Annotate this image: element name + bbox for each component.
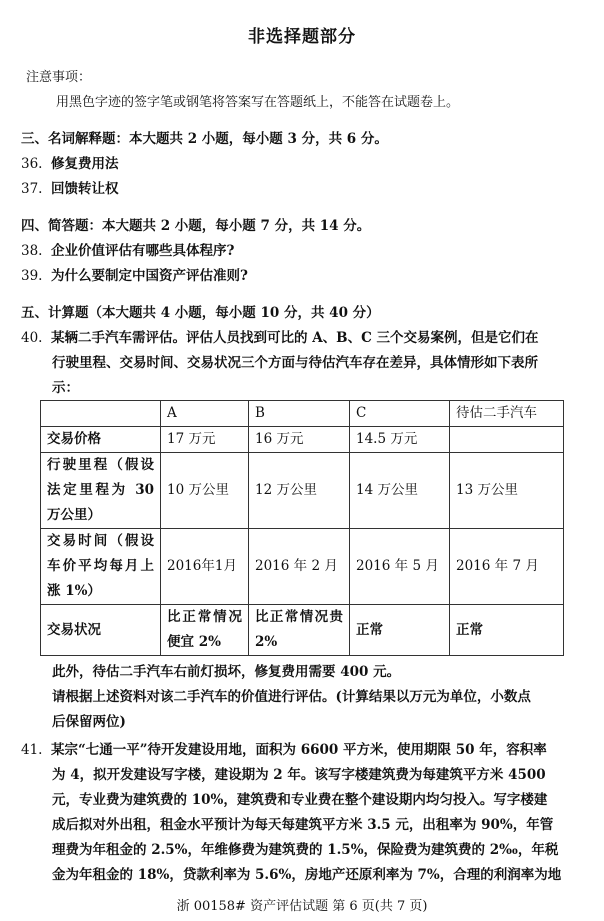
question-41-line-5: 理费为年租金的 2.5%，年维修费为建筑费的 1.5%，保险费为建筑费的 2‰，… [52,838,588,858]
table-cell: 正常 [350,605,450,656]
table-row: 行驶里程（假设法定里程为 30 万公里） 10 万公里 12 万公里 14 万公… [41,453,564,529]
question-40-line-1: 40.某辆二手汽车需评估。评估人员找到可比的 A、B、C 三个交易案例，但是它们… [21,326,539,346]
question-41-line-2: 为 4，拟开发建设写字楼，建设期为 2 年。该写字楼建筑费为每建筑平方米 450… [52,763,588,783]
table-cell: 正常 [450,605,564,656]
question-text: 回馈转让权 [51,181,119,197]
question-41-line-1: 41.某宗“七通一平”待开发建设用地，面积为 6600 平方米，使用期限 50 … [21,738,547,758]
table-header-cell: 待估二手汽车 [450,401,564,427]
question-40-after-line-2: 请根据上述资料对该二手汽车的价值进行评估。(计算结果以万元为单位，小数点 [52,685,588,705]
question-40-after-line-1: 此外，待估二手汽车右前灯损坏，修复费用需要 400 元。 [52,660,588,680]
question-37: 37.回馈转让权 [21,177,119,197]
section-heading-3: 三、名词解释题：本大题共 2 小题，每小题 3 分，共 6 分。 [21,127,388,147]
table-cell: 2016 年 7 月 [450,529,564,605]
table-header-cell: A [161,401,249,427]
notes-label: 注意事项： [26,66,91,85]
table-cell: 14.5 万元 [350,427,450,453]
question-40-after-line-3: 后保留两位) [52,710,588,730]
question-text: 为什么要制定中国资产评估准则? [51,268,248,284]
table-row: 交易状况 比正常情况便宜 2% 比正常情况贵 2% 正常 正常 [41,605,564,656]
section-heading-5: 五、计算题（本大题共 4 小题，每小题 10 分，共 40 分） [21,301,380,321]
table-cell: 14 万公里 [350,453,450,529]
table-cell: 比正常情况便宜 2% [161,605,249,656]
row-label: 交易价格 [41,427,161,453]
table-cell: 2016年1月 [161,529,249,605]
table-row: 交易时间（假设车价平均每月上涨 1%） 2016年1月 2016 年 2 月 2… [41,529,564,605]
question-text: 某辆二手汽车需评估。评估人员找到可比的 A、B、C 三个交易案例，但是它们在 [51,330,539,346]
notes-text: 用黑色字迹的签字笔或钢笔将答案写在答题纸上，不能答在试题卷上。 [56,91,459,110]
question-39: 39.为什么要制定中国资产评估准则? [21,264,248,284]
table-header-cell: B [249,401,350,427]
exam-page: 非选择题部分 注意事项： 用黑色字迹的签字笔或钢笔将答案写在答题纸上，不能答在试… [0,0,604,921]
question-41-line-6: 金为年租金的 18%，贷款利率为 5.6%，房地产还原利率为 7%，合理的利润率… [52,863,588,883]
question-text: 某宗“七通一平”待开发建设用地，面积为 6600 平方米，使用期限 50 年，容… [51,742,547,758]
table-header-cell [41,401,161,427]
question-40-line-2: 行驶里程、交易时间、交易状况三个方面与待估汽车存在差异，具体情形如下表所 [52,351,588,371]
question-40-line-3: 示： [52,376,588,396]
table-header-cell: C [350,401,450,427]
page-title: 非选择题部分 [0,22,604,47]
table-row: 交易价格 17 万元 16 万元 14.5 万元 [41,427,564,453]
question-text: 修复费用法 [51,156,119,172]
table-header-row: A B C 待估二手汽车 [41,401,564,427]
question-41-line-4: 成后拟对外出租，租金水平预计为每天每建筑平方米 3.5 元，出租率为 90%，年… [52,813,588,833]
table-cell: 2016 年 5 月 [350,529,450,605]
table-cell [450,427,564,453]
row-label: 交易时间（假设车价平均每月上涨 1%） [41,529,161,605]
section-heading-4: 四、简答题：本大题共 2 小题，每小题 7 分，共 14 分。 [21,214,370,234]
question-38: 38.企业价值评估有哪些具体程序? [21,239,234,259]
question-number: 38. [21,243,51,259]
question-number: 36. [21,156,51,172]
table-cell: 16 万元 [249,427,350,453]
table-cell: 2016 年 2 月 [249,529,350,605]
question-text: 企业价值评估有哪些具体程序? [51,243,234,259]
question-number: 40. [21,330,51,346]
question-41-line-3: 元，专业费为建筑费的 10%，建筑费和专业费在整个建设期内均匀投入。写字楼建 [52,788,588,808]
row-label: 行驶里程（假设法定里程为 30 万公里） [41,453,161,529]
table-cell: 12 万公里 [249,453,350,529]
question-number: 39. [21,268,51,284]
table-cell: 10 万公里 [161,453,249,529]
row-label: 交易状况 [41,605,161,656]
table-cell: 比正常情况贵 2% [249,605,350,656]
comparison-table: A B C 待估二手汽车 交易价格 17 万元 16 万元 14.5 万元 行驶… [40,400,564,656]
question-36: 36.修复费用法 [21,152,119,172]
page-footer: 浙 00158# 资产评估试题 第 6 页(共 7 页) [0,895,604,914]
table-cell: 13 万公里 [450,453,564,529]
question-number: 37. [21,181,51,197]
question-number: 41. [21,742,51,758]
table-cell: 17 万元 [161,427,249,453]
